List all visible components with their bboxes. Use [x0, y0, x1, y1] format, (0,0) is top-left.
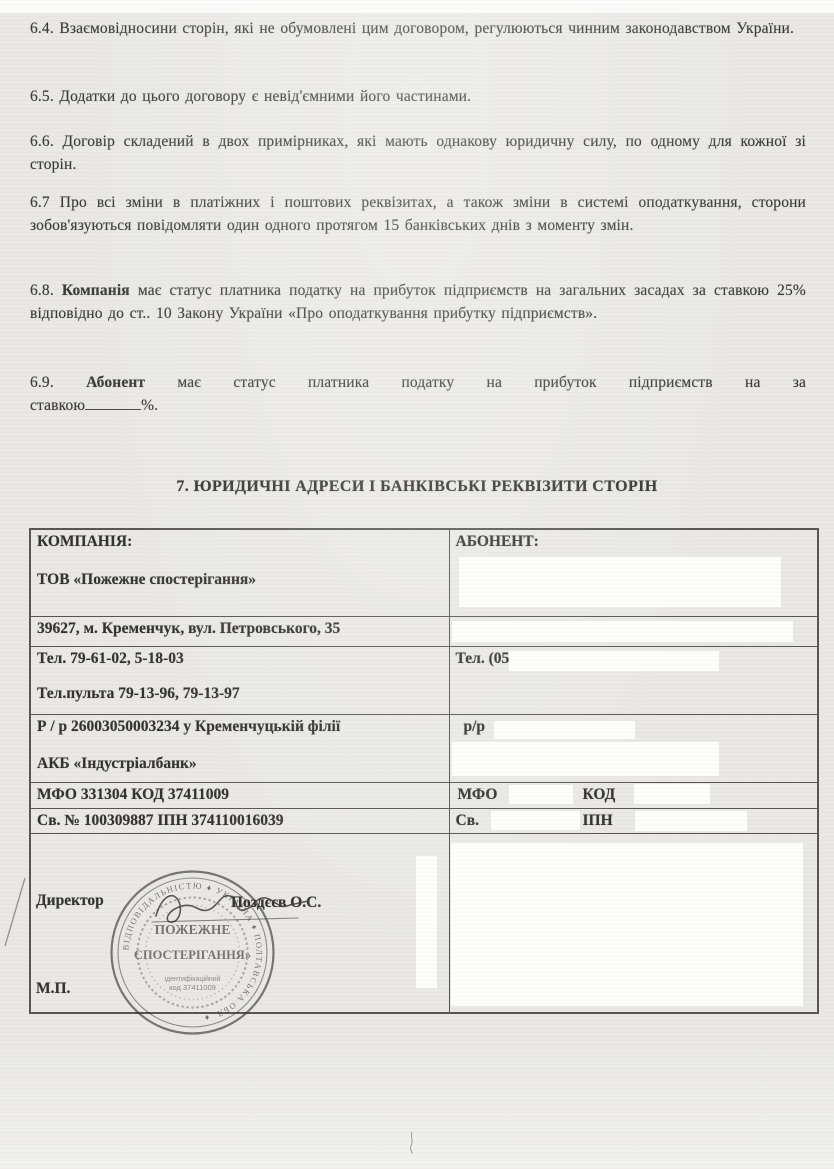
company-mfo-cell: МФО 331304 КОД 37411009 [30, 783, 449, 809]
director-label: Директор [36, 892, 104, 910]
redaction-box [452, 621, 793, 642]
company-cert-ipn: Св. № 100309887 ІПН 374110016039 [37, 812, 443, 830]
table-row: Директор Поздєєв О.С. М.П. [30, 834, 818, 1014]
company-phone: Тел. 79-61-02, 5-18-03 [37, 650, 443, 668]
redaction-box [459, 557, 781, 607]
redaction-box [416, 856, 437, 988]
abonent-cert-cell: Св. ІПН [449, 809, 818, 834]
section-7-heading: 7. ЮРИДИЧНІ АДРЕСИ І БАНКІВСЬКІ РЕКВІЗИТ… [0, 478, 834, 496]
clause-number: 6.9. [30, 374, 54, 391]
mp-label: М.П. [36, 980, 70, 998]
scanned-contract-page: 6.4. Взаємовідносини сторін, які не обум… [0, 0, 834, 1169]
company-label: КОМПАНІЯ: [37, 533, 443, 551]
clause-line-2: ставкою%. [30, 395, 806, 418]
company-header-cell: КОМПАНІЯ: ТОВ «Пожежне спостерігання» [30, 529, 449, 617]
table-row: Св. № 100309887 ІПН 374110016039 Св. ІПН [30, 809, 818, 834]
abonent-sv-label: Св. [456, 812, 479, 830]
redaction-box [635, 811, 747, 831]
table-row: МФО 331304 КОД 37411009 МФО КОД [30, 783, 818, 809]
abonent-mfo-label: МФО [458, 786, 498, 804]
paragraph-6-5: 6.5. Додатки до цього договору є невід'є… [30, 86, 806, 109]
clause-text: має статус платника податку на прибуток … [30, 282, 806, 322]
clause-number: 6.8. [30, 282, 54, 299]
blank-prefix: ставкою [30, 397, 85, 414]
table-row: Р / р 26003050003234 у Кременчуцькій філ… [30, 715, 818, 783]
abonent-label: АБОНЕНТ: [456, 533, 812, 551]
redaction-box [509, 785, 573, 804]
company-cert-cell: Св. № 100309887 ІПН 374110016039 [30, 809, 449, 834]
requisites-table: КОМПАНІЯ: ТОВ «Пожежне спостерігання» АБ… [29, 528, 819, 1014]
redaction-box [491, 811, 580, 830]
clause-bold-term: Абонент [86, 374, 145, 391]
table-row: 39627, м. Кременчук, вул. Петровського, … [30, 617, 818, 647]
redaction-box [452, 742, 719, 776]
company-address-cell: 39627, м. Кременчук, вул. Петровського, … [30, 617, 449, 647]
clause-text: має статус платника податку на прибуток … [145, 374, 806, 391]
company-account: Р / р 26003050003234 у Кременчуцькій філ… [37, 718, 443, 736]
company-signature-cell: Директор Поздєєв О.С. М.П. [30, 834, 449, 1014]
company-phones-cell: Тел. 79-61-02, 5-18-03 Тел.пульта 79-13-… [30, 647, 449, 715]
abonent-phone-cell: Тел. (053 [449, 647, 818, 715]
company-account-cell: Р / р 26003050003234 у Кременчуцькій філ… [30, 715, 449, 783]
company-phone-pult: Тел.пульта 79-13-96, 79-13-97 [37, 685, 443, 703]
company-name: ТОВ «Пожежне спостерігання» [37, 571, 443, 589]
abonent-kod-label: КОД [583, 786, 616, 804]
clause-bold-term: Компанія [62, 282, 130, 299]
scan-bottom-light [0, 1039, 834, 1169]
abonent-account-cell: р/р [449, 715, 818, 783]
table-row: КОМПАНІЯ: ТОВ «Пожежне спостерігання» АБ… [30, 529, 818, 617]
abonent-signature-cell [449, 834, 818, 1014]
company-address: 39627, м. Кременчук, вул. Петровського, … [37, 620, 443, 638]
redaction-box [509, 651, 719, 671]
table-row: Тел. 79-61-02, 5-18-03 Тел.пульта 79-13-… [30, 647, 818, 715]
company-mfo-kod: МФО 331304 КОД 37411009 [37, 786, 443, 804]
company-bank: АКБ «Індустріалбанк» [37, 755, 443, 773]
paragraph-6-8: 6.8. Компанія має статус платника податк… [30, 280, 806, 325]
paragraph-6-4: 6.4. Взаємовідносини сторін, які не обум… [30, 18, 806, 41]
director-name: Поздєєв О.С. [231, 894, 321, 912]
clause-line-1: 6.9. Абонент має статус платника податку… [30, 372, 806, 395]
blank-suffix: %. [141, 397, 158, 414]
redaction-box [494, 721, 635, 739]
paragraph-6-9: 6.9. Абонент має статус платника податку… [30, 372, 806, 417]
abonent-address-cell [449, 617, 818, 647]
blank-underline [85, 395, 141, 410]
redaction-box [634, 784, 710, 804]
abonent-mfo-cell: МФО КОД [449, 783, 818, 809]
pen-mark [0, 872, 32, 954]
redaction-box [451, 843, 803, 1006]
paragraph-6-6: 6.6. Договір складений в двох примірника… [30, 131, 806, 176]
abonent-header-cell: АБОНЕНТ: [449, 529, 818, 617]
paragraph-6-7: 6.7 Про всі зміни в платіжних і поштових… [30, 192, 806, 237]
abonent-ipn-label: ІПН [583, 812, 613, 830]
scan-top-edge [0, 0, 834, 13]
